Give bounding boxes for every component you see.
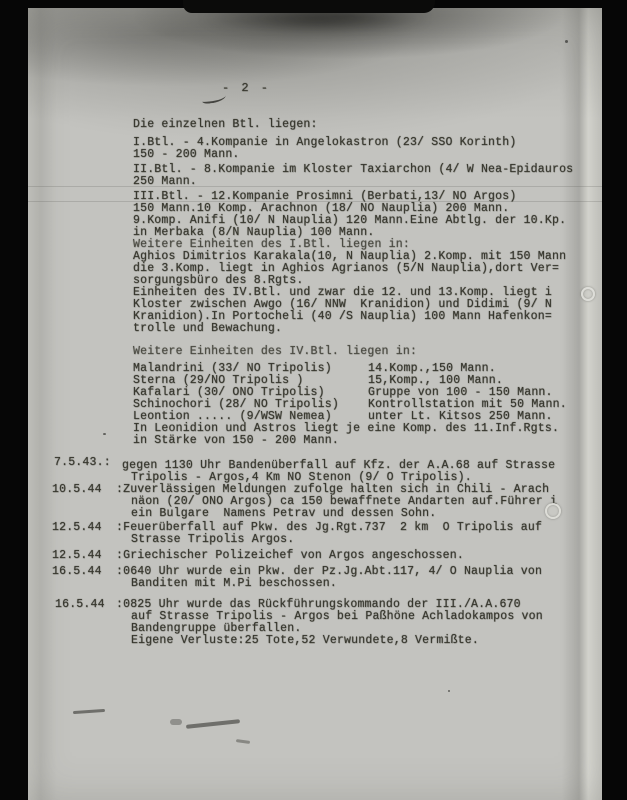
hole-punch-ring	[581, 287, 595, 301]
entry-date: 7.5.43.:	[54, 457, 111, 469]
text-line: II.Btl. - 8.Kompanie im Kloster Taxiarch…	[133, 164, 573, 176]
scanned-document-photo: - 2 - Die einzelnen Btl. liegen: I.Btl. …	[0, 0, 627, 800]
ink-smudge	[170, 719, 182, 725]
text-line: :Griechischer Polizeichef von Argos ange…	[116, 550, 464, 562]
entry-date: 16.5.44	[55, 599, 105, 611]
text-line: ein Bulgare Namens Petrav und dessen Soh…	[131, 508, 436, 520]
entry-date: 12.5.44	[52, 550, 102, 562]
text-line: 150 - 200 Mann.	[133, 149, 240, 161]
dust-speck	[448, 690, 450, 692]
text-line: Banditen mit M.Pi beschossen.	[131, 578, 337, 590]
text-line: Strasse Tripolis Argos.	[131, 534, 294, 546]
entry-date: 16.5.44	[52, 566, 102, 578]
text-line: in Stärke von 150 - 200 Mann.	[133, 435, 339, 447]
dust-speck	[565, 40, 568, 43]
paper-crease-line	[28, 186, 602, 187]
text-line: trolle und Bewachung.	[133, 323, 282, 335]
entry-date: 10.5.44	[52, 484, 102, 496]
hole-punch-ring	[545, 503, 561, 519]
page-number: - 2 -	[222, 82, 271, 94]
text-line: Eigene Verluste:25 Tote,52 Verwundete,8 …	[131, 635, 479, 647]
binder-clamp	[183, 0, 435, 13]
text-line: 250 Mann.	[133, 176, 197, 188]
dust-speck	[103, 433, 106, 435]
entry-date: 12.5.44	[52, 522, 102, 534]
section-header: Weitere Einheiten des IV.Btl. liegen in:	[133, 346, 417, 358]
text-line: Die einzelnen Btl. liegen:	[133, 119, 318, 131]
